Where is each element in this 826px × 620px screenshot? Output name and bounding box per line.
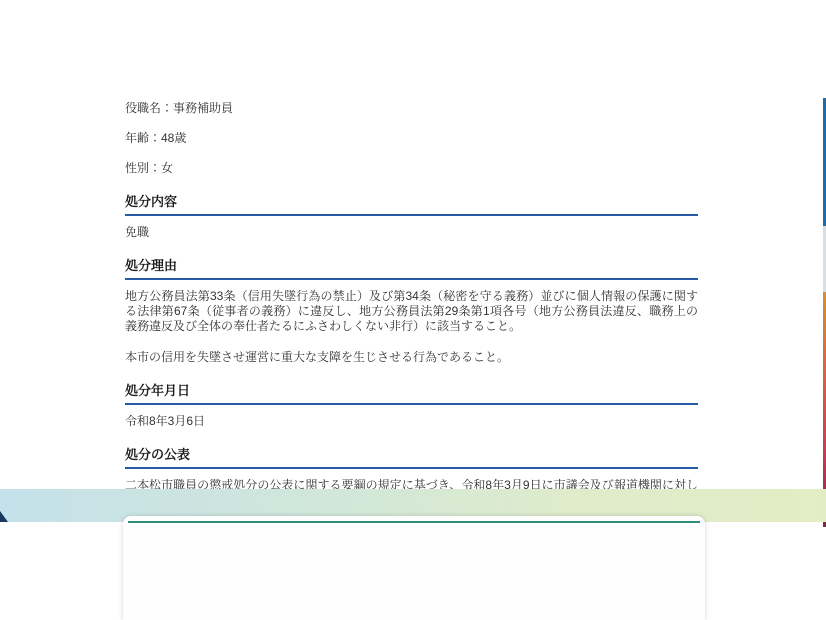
footer-card: [123, 516, 705, 620]
field-role-title: 役職名：事務補助員: [125, 101, 698, 116]
footer-card-top-border: [128, 521, 700, 523]
section-disposition-content: 処分内容 免職: [125, 194, 698, 240]
section-heading-disposition-announcement: 処分の公表: [125, 447, 698, 469]
section-heading-disposition-reason: 処分理由: [125, 258, 698, 280]
section-heading-disposition-date: 処分年月日: [125, 383, 698, 405]
disposition-content-text: 免職: [125, 225, 698, 240]
field-gender: 性別：女: [125, 161, 698, 176]
section-disposition-reason: 処分理由 地方公務員法第33条（信用失墜行為の禁止）及び第34条（秘密を守る義務…: [125, 258, 698, 365]
disposition-reason-text-2: 本市の信用を失墜させ運営に重大な支障を生じさせる行為であること。: [125, 350, 698, 365]
section-heading-disposition-content: 処分内容: [125, 194, 698, 216]
disciplinary-notice-content: 役職名：事務補助員 年齢：48歳 性別：女 処分内容 免職 処分理由 地方公務員…: [125, 96, 698, 524]
disposition-reason-text-1: 地方公務員法第33条（信用失墜行為の禁止）及び第34条（秘密を守る義務）並びに個…: [125, 289, 698, 334]
section-disposition-date: 処分年月日 令和8年3月6日: [125, 383, 698, 429]
field-age: 年齢：48歳: [125, 131, 698, 146]
disposition-date-text: 令和8年3月6日: [125, 414, 698, 429]
